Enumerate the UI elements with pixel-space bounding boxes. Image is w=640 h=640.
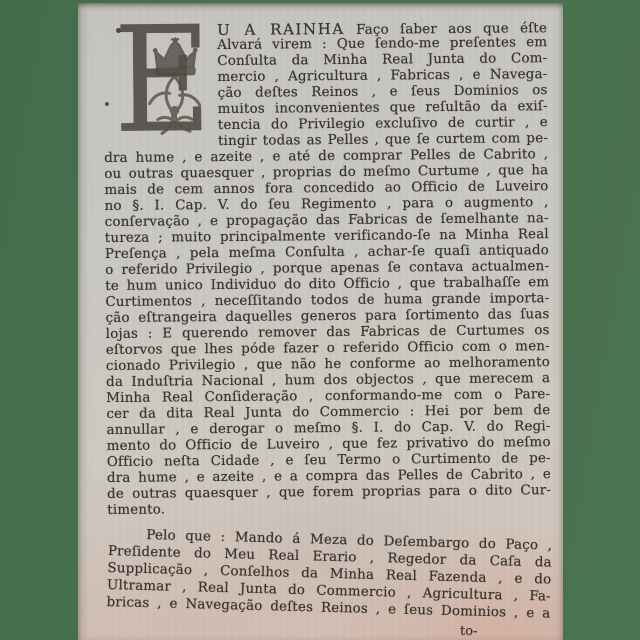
drop-cap-initial: E (113, 25, 216, 142)
photo-background: E (0, 0, 640, 640)
closing-paragraph: Pelo que : Mando á Meza do Deſembargo do… (106, 526, 552, 623)
closing-lines: Preſidente do Meu Real Erario , Regedor … (106, 543, 552, 623)
foliage-ornament-icon (143, 75, 206, 138)
opening-lines: Alvará virem : Que ſendo-me preſentes em… (217, 35, 548, 150)
crown-icon (149, 37, 201, 79)
document-page: E (78, 3, 563, 640)
body-paragraph: dra hume , e azeite , e até de comprar P… (104, 147, 551, 503)
text-block: E (103, 19, 552, 611)
opening-paragraph: U A RAINHA Faço ſaber aos que éſte Alvar… (217, 19, 548, 150)
catchword: to- (460, 624, 478, 639)
